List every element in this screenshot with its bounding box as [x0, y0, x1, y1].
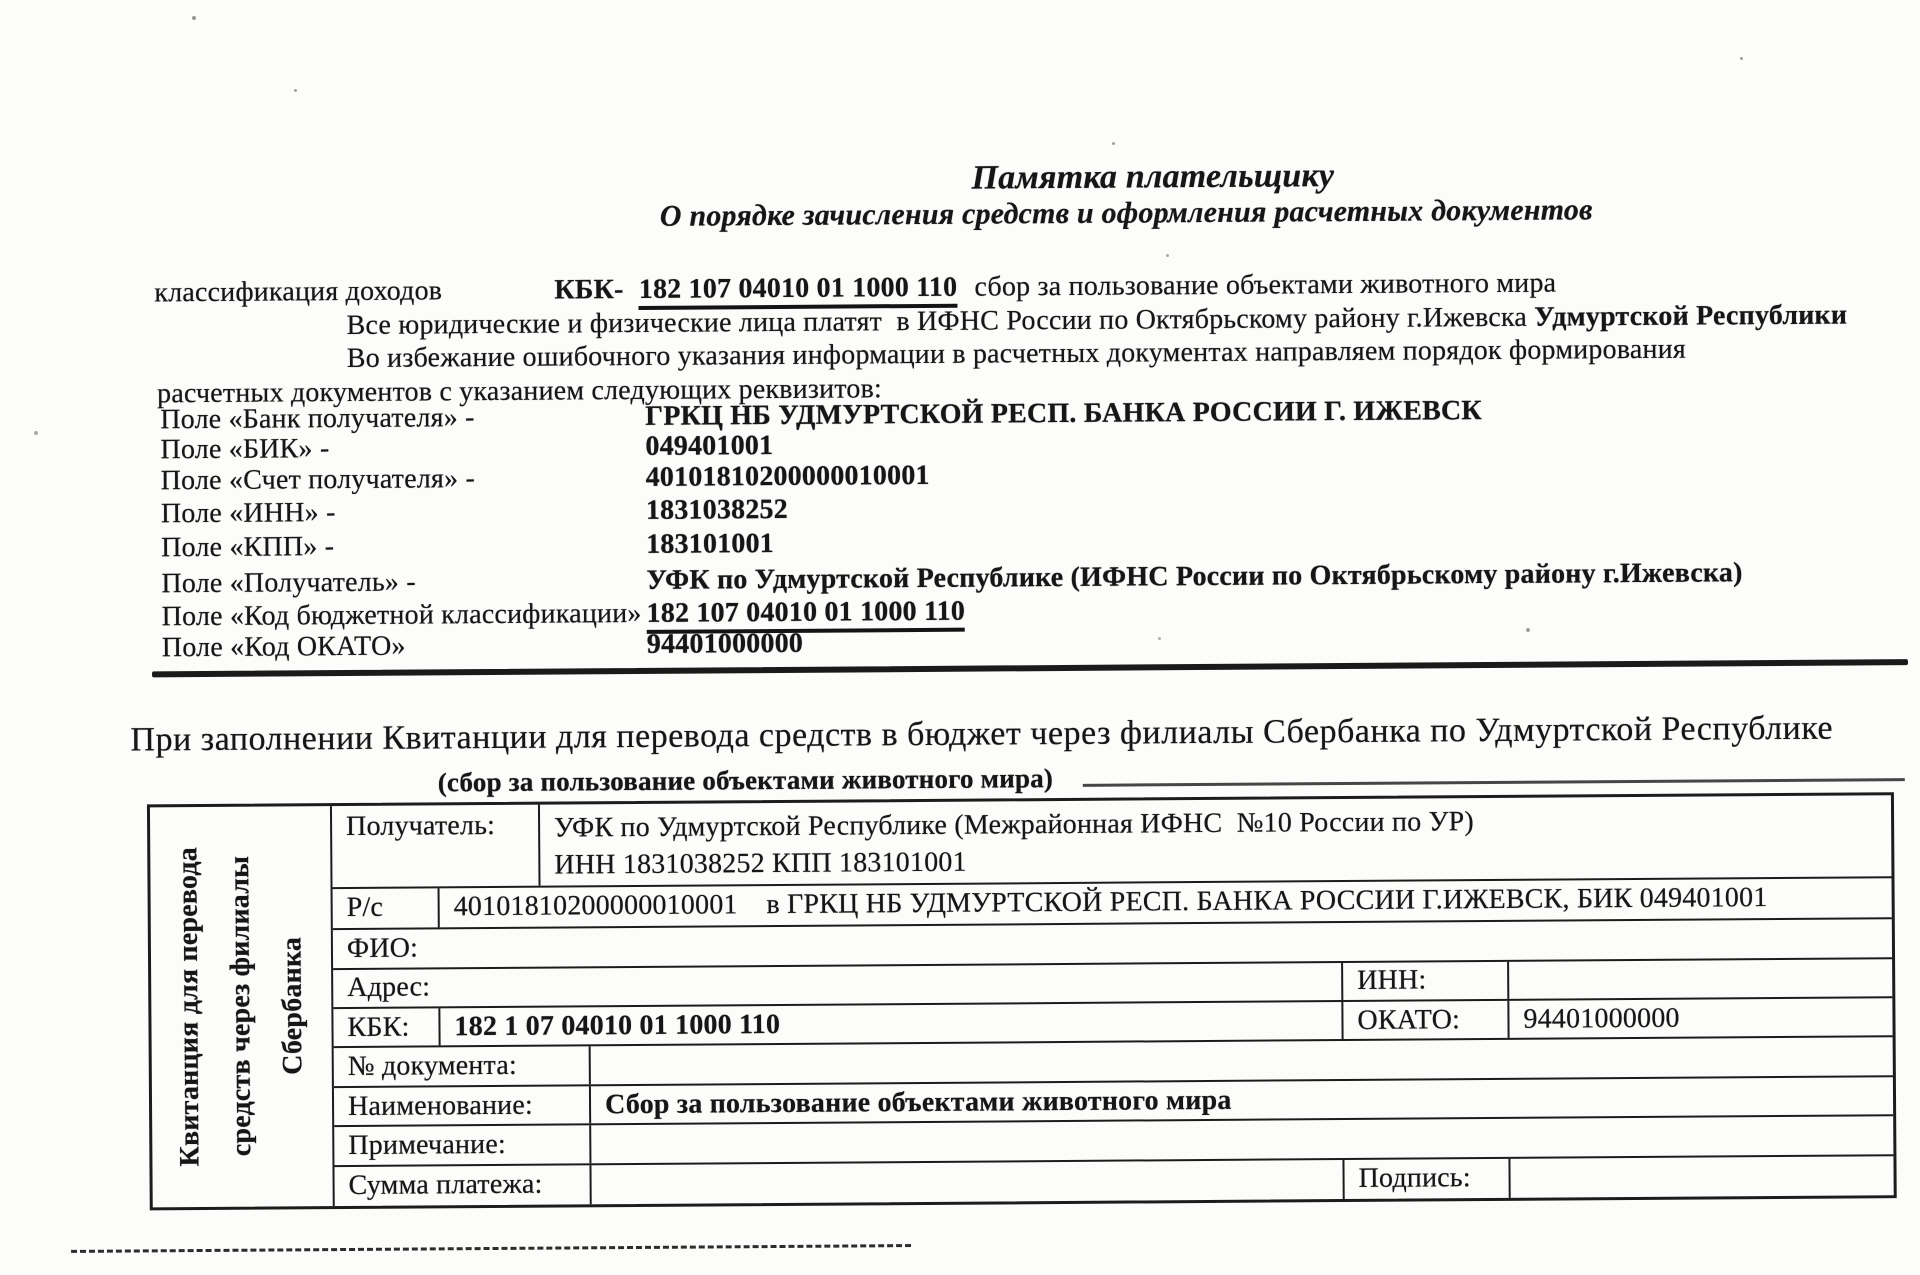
- field-value: 40101810200000010001: [646, 460, 930, 493]
- scan-artifact-line: [1083, 778, 1905, 787]
- field-row-kbk: Поле «Код бюджетной классификации»182 10…: [162, 596, 966, 634]
- payers-line-bold: Удмуртской Республики: [1534, 300, 1847, 333]
- signature-label: Подпись:: [1342, 1159, 1510, 1200]
- receipt-side-cell: Квитанция для перевода средств через фил…: [150, 806, 335, 1207]
- scan-noise-dot: [1526, 628, 1530, 632]
- scan-noise-dot: [1166, 254, 1169, 257]
- scan-rotation-layer: Памятка плательщику О порядке зачисления…: [0, 0, 1920, 1275]
- field-label: Поле «Код бюджетной классификации»: [162, 598, 647, 633]
- amount-label: Сумма платежа:: [334, 1165, 591, 1206]
- recipient-value-line-2: ИНН 1831038252 КПП 183101001: [554, 844, 967, 884]
- scan-noise-dot: [1740, 57, 1743, 60]
- kbk-label: КБК:: [333, 1008, 440, 1046]
- sberbank-side-label: Квитанция для перевода средств через фил…: [163, 846, 321, 1167]
- kbk-value: 182 107 04010 01 1000 110: [639, 272, 958, 310]
- field-row-recipient: Поле «Получатель» -УФК по Удмуртской Рес…: [161, 557, 1742, 600]
- field-label: Поле «БИК» -: [160, 431, 645, 466]
- kbk-prefix: КБК-: [554, 274, 623, 305]
- side-label-line-1: Квитанция для перевода: [163, 847, 217, 1167]
- receipt-rows: Получатель: УФК по Удмуртской Республике…: [332, 795, 1894, 1206]
- scanned-payment-memo: Памятка плательщику О порядке зачисления…: [0, 0, 1920, 1275]
- row-recipient: Получатель: УФК по Удмуртской Республике…: [332, 795, 1892, 889]
- field-label: Поле «Счет получателя» -: [161, 462, 646, 497]
- bottom-dashed-line: [71, 1244, 911, 1253]
- field-label: Поле «ИНН» -: [161, 495, 646, 530]
- inn-value-cell: [1509, 959, 1892, 999]
- scan-noise-dot: [1158, 637, 1161, 640]
- note-label: Примечание:: [334, 1126, 591, 1165]
- okato-label: ОКАТО:: [1341, 1001, 1509, 1040]
- name-value: Сбор за пользование объектами животного …: [591, 1077, 1893, 1124]
- memo-title: Памятка плательщику: [971, 157, 1334, 198]
- scan-noise-dot: [1112, 142, 1115, 145]
- note-value-cell: [591, 1116, 1893, 1163]
- field-value: 94401000000: [647, 628, 803, 660]
- doc-number-label: № документа:: [334, 1047, 591, 1086]
- receipt-subheading: (сбор за пользование объектами животного…: [438, 763, 1053, 798]
- recipient-label: Получатель:: [332, 805, 541, 887]
- address-label: Адрес:: [333, 963, 1341, 1007]
- field-row-account: Поле «Счет получателя» -4010181020000001…: [161, 460, 930, 497]
- field-value: 049401001: [645, 430, 773, 462]
- kbk-value: 182 1 07 04010 01 1000 110: [440, 1002, 1341, 1046]
- kbk-suffix: сбор за пользование объектами животного …: [974, 268, 1556, 303]
- field-label: Поле «Код ОКАТО»: [162, 629, 647, 664]
- field-label: Поле «Получатель» -: [161, 565, 646, 600]
- recipient-value: УФК по Удмуртской Республике (Межрайонна…: [540, 795, 1892, 885]
- scan-noise-dot: [34, 431, 38, 435]
- name-label: Наименование:: [334, 1086, 591, 1125]
- side-label-line-2: средств через филиалы: [214, 847, 268, 1167]
- account-label: Р/с: [333, 888, 440, 928]
- amount-value-cell: [591, 1160, 1342, 1205]
- field-value: 1831038252: [646, 494, 788, 526]
- signature-value-cell: [1510, 1156, 1893, 1198]
- field-row-okato: Поле «Код ОКАТО»94401000000: [162, 628, 803, 664]
- recipient-value-line-1: УФК по Удмуртской Республике (Межрайонна…: [554, 803, 1474, 846]
- receipt-table: Квитанция для перевода средств через фил…: [147, 792, 1897, 1210]
- scan-noise-dot: [192, 16, 196, 20]
- field-value: УФК по Удмуртской Республике (ИФНС Росси…: [646, 557, 1742, 596]
- side-label-line-3: Сбербанка: [266, 846, 320, 1166]
- classification-label: классификация доходов: [154, 275, 554, 310]
- receipt-heading: При заполнении Квитанции для перевода ср…: [130, 710, 1833, 760]
- field-row-inn: Поле «ИНН» -1831038252: [161, 494, 788, 530]
- field-row-kpp: Поле «КПП» -183101001: [161, 528, 774, 564]
- field-label: Поле «КПП» -: [161, 529, 646, 564]
- okato-value: 94401000000: [1509, 998, 1892, 1038]
- memo-subtitle: О порядке зачисления средств и оформлени…: [660, 193, 1593, 234]
- field-value: 183101001: [646, 528, 774, 560]
- doc-number-value-cell: [591, 1038, 1893, 1085]
- field-value: ГРКЦ НБ УДМУРТСКОЙ РЕСП. БАНКА РОССИИ Г.…: [645, 395, 1482, 432]
- inn-label: ИНН:: [1341, 961, 1509, 1000]
- scan-noise-dot: [294, 89, 297, 92]
